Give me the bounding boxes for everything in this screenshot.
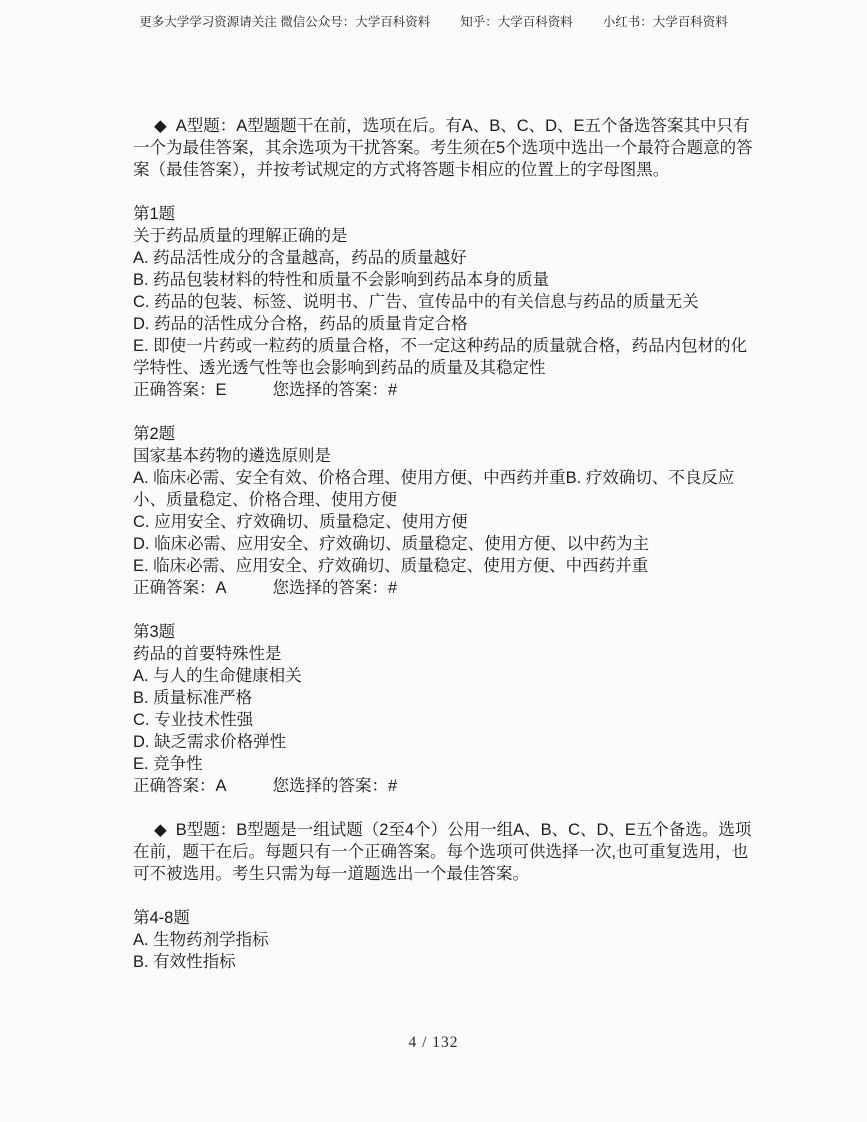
- page-header: 更多大学学习资源请关注 微信公众号：大学百科资料 知乎：大学百科资料 小红书：大…: [0, 12, 867, 30]
- intro-b-text: B型题：B型题是一组试题（2至4个）公用一组A、B、C、D、E五个备选。选项在前…: [133, 821, 751, 883]
- question-block-4-8: 第4-8题 A. 生物药剂学指标 B. 有效性指标: [133, 907, 759, 973]
- option-line: E. 临床必需、应用安全、疗效确切、质量稳定、使用方便、中西药并重: [133, 555, 759, 577]
- chosen-answer: 您选择的答案：#: [273, 381, 398, 399]
- option-line: B. 有效性指标: [133, 951, 759, 973]
- question-title: 第2题: [133, 423, 759, 445]
- option-line: C. 应用安全、疗效确切、质量稳定、使用方便: [133, 511, 759, 533]
- option-line: C. 专业技术性强: [133, 709, 759, 731]
- option-line: D. 临床必需、应用安全、疗效确切、质量稳定、使用方便、以中药为主: [133, 533, 759, 555]
- correct-answer: 正确答案：E: [133, 381, 227, 399]
- option-line: A. 与人的生命健康相关: [133, 665, 759, 687]
- correct-answer: 正确答案：A: [133, 579, 227, 597]
- header-segment-xiaohongshu: 小红书：大学百科资料: [603, 12, 728, 30]
- chosen-answer: 您选择的答案：#: [273, 777, 398, 795]
- diamond-bullet-icon: ◆: [154, 117, 167, 135]
- answer-line: 正确答案：A您选择的答案：#: [133, 577, 759, 599]
- option-line: E. 竞争性: [133, 753, 759, 775]
- option-line: D. 缺乏需求价格弹性: [133, 731, 759, 753]
- section-intro-a: ◆A型题：A型题题干在前，选项在后。有A、B、C、D、E五个备选答案其中只有一个…: [133, 115, 759, 181]
- answer-line: 正确答案：E您选择的答案：#: [133, 379, 759, 401]
- section-intro-b: ◆B型题：B型题是一组试题（2至4个）公用一组A、B、C、D、E五个备选。选项在…: [133, 819, 759, 885]
- question-block-1: 第1题 关于药品质量的理解正确的是 A. 药品活性成分的含量越高，药品的质量越好…: [133, 203, 759, 401]
- header-segment-zhihu: 知乎：大学百科资料: [460, 12, 573, 30]
- question-title: 第1题: [133, 203, 759, 225]
- option-line: E. 即使一片药或一粒药的质量合格，不一定这种药品的质量就合格，药品内包材的化学…: [133, 335, 759, 379]
- option-line: B. 药品包装材料的特性和质量不会影响到药品本身的质量: [133, 269, 759, 291]
- option-line: B. 质量标准严格: [133, 687, 759, 709]
- diamond-bullet-icon: ◆: [154, 821, 167, 839]
- option-line: A. 生物药剂学指标: [133, 929, 759, 951]
- chosen-answer: 您选择的答案：#: [273, 579, 398, 597]
- question-title: 第3题: [133, 621, 759, 643]
- document-page: 更多大学学习资源请关注 微信公众号：大学百科资料 知乎：大学百科资料 小红书：大…: [0, 0, 867, 1122]
- option-line: A. 临床必需、安全有效、价格合理、使用方便、中西药并重B. 疗效确切、不良反应…: [133, 467, 759, 511]
- document-body: ◆A型题：A型题题干在前，选项在后。有A、B、C、D、E五个备选答案其中只有一个…: [133, 115, 759, 995]
- footer-page-indicator: 4 / 132: [0, 1034, 867, 1052]
- correct-answer: 正确答案：A: [133, 777, 227, 795]
- question-stem: 关于药品质量的理解正确的是: [133, 225, 759, 247]
- question-block-3: 第3题 药品的首要特殊性是 A. 与人的生命健康相关 B. 质量标准严格 C. …: [133, 621, 759, 797]
- answer-line: 正确答案：A您选择的答案：#: [133, 775, 759, 797]
- question-stem: 药品的首要特殊性是: [133, 643, 759, 665]
- question-block-2: 第2题 国家基本药物的遴选原则是 A. 临床必需、安全有效、价格合理、使用方便、…: [133, 423, 759, 599]
- question-title: 第4-8题: [133, 907, 759, 929]
- header-segment-wechat: 更多大学学习资源请关注 微信公众号：大学百科资料: [139, 12, 430, 30]
- option-line: D. 药品的活性成分合格，药品的质量肯定合格: [133, 313, 759, 335]
- option-line: C. 药品的包装、标签、说明书、广告、宣传品中的有关信息与药品的质量无关: [133, 291, 759, 313]
- option-line: A. 药品活性成分的含量越高，药品的质量越好: [133, 247, 759, 269]
- question-stem: 国家基本药物的遴选原则是: [133, 445, 759, 467]
- intro-a-text: A型题：A型题题干在前，选项在后。有A、B、C、D、E五个备选答案其中只有一个为…: [133, 117, 753, 179]
